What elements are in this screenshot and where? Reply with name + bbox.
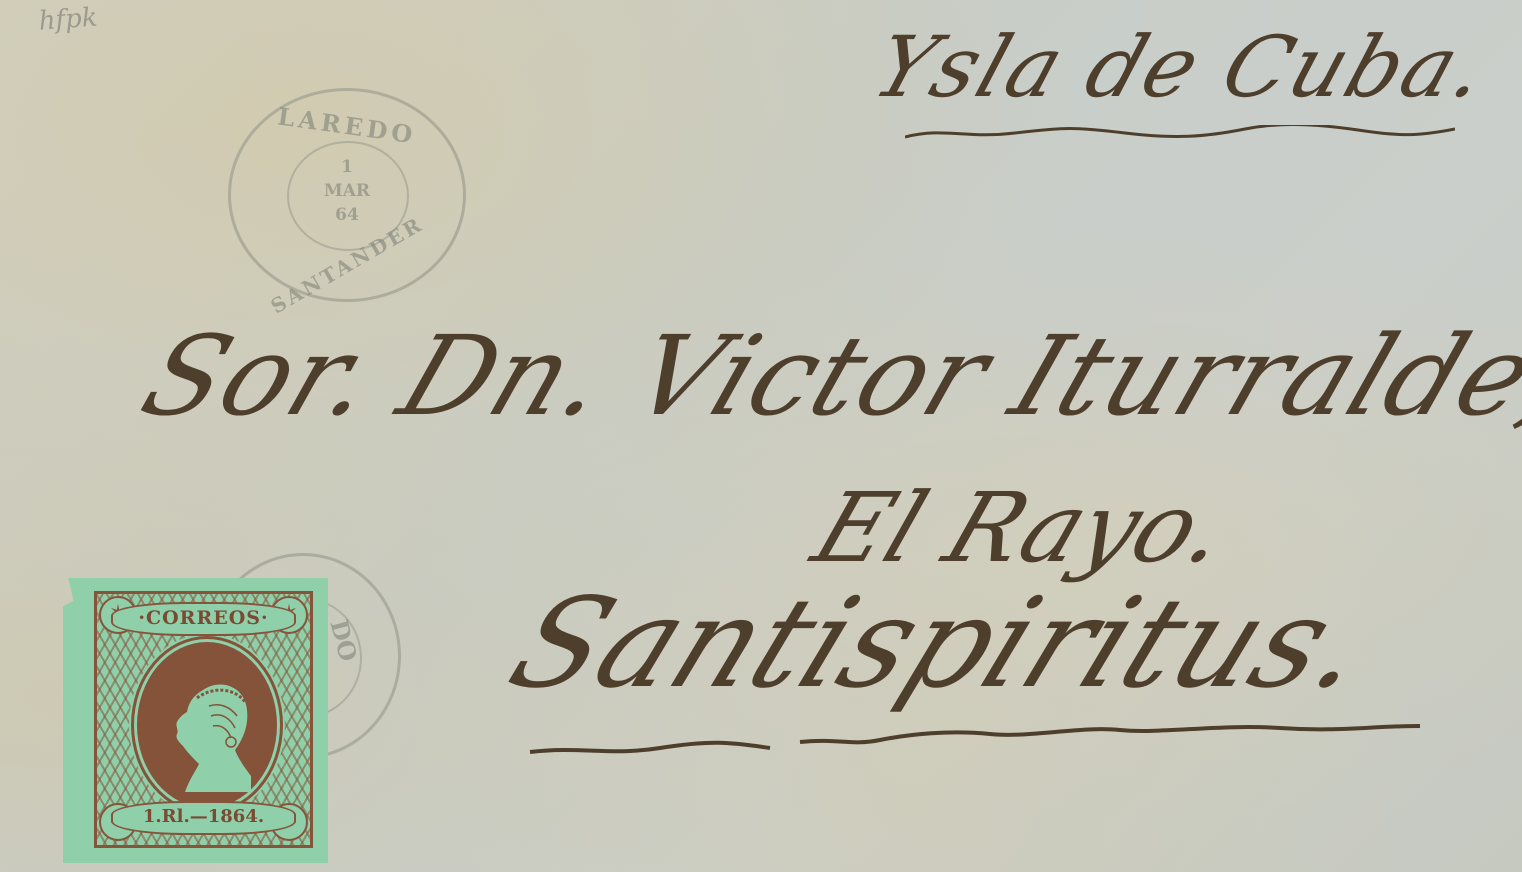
postage-stamp: ✶ ✶ ✶ ✶ ·CORREOS· 1.Rl.—1864. [63, 578, 328, 863]
addressee-line: Sor. Dn. Victor Iturralde, [127, 312, 1522, 440]
city-flourish [520, 720, 1420, 760]
pencil-annotation: hfpk [38, 0, 173, 76]
laredo-datestamp: LAREDO 1 MAR 64 SANTANDER [228, 88, 466, 302]
stamp-frame: ✶ ✶ ✶ ✶ ·CORREOS· 1.Rl.—1864. [94, 591, 313, 848]
datestamp-day: 1 [231, 155, 463, 179]
address-city-line: Santispiritus. [491, 572, 1392, 716]
destination-text: Ysla de Cuba. [862, 18, 1501, 116]
datestamp-month: MAR [231, 179, 463, 203]
destination-flourish [905, 125, 1455, 141]
postal-cover: hfpk LAREDO 1 MAR 64 SANTANDER DO Ysla d… [0, 0, 1522, 872]
portrait-oval [137, 642, 277, 808]
address-line-2: El Rayo. [800, 472, 1245, 584]
stamp-value-label: 1.Rl.—1864. [111, 801, 296, 835]
stamp-country-label: ·CORREOS· [111, 602, 296, 636]
queen-portrait-icon [165, 672, 255, 792]
